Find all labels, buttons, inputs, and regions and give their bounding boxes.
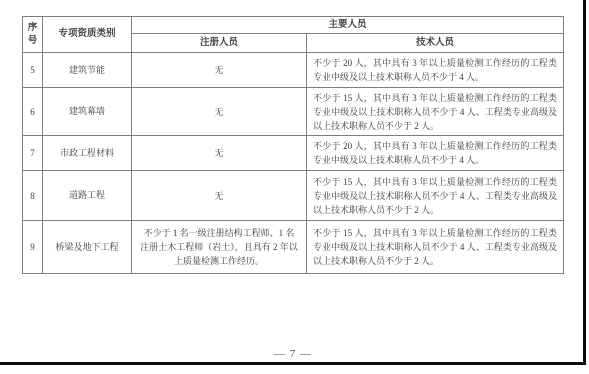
cell-category: 道路工程 — [43, 171, 132, 221]
cell-serial: 9 — [23, 221, 43, 274]
header-cell-main-personnel: 主要人员 — [132, 17, 564, 34]
table-row: 5 建筑节能 无 不少于 20 人，其中具有 3 年以上质量检测工作经历的工程类… — [23, 53, 564, 88]
cell-registered: 无 — [132, 88, 307, 136]
cell-technical: 不少于 15 人，其中具有 3 年以上质量检测工作经历的工程类专业中级及以上技术… — [307, 88, 564, 136]
table-row: 7 市政工程材料 无 不少于 20 人，其中具有 3 年以上质量检测工作经历的工… — [23, 136, 564, 171]
cell-category: 市政工程材料 — [43, 136, 132, 171]
cell-serial: 7 — [23, 136, 43, 171]
header-cell-technical: 技术人员 — [307, 34, 564, 53]
scan-edge-bottom — [0, 362, 586, 365]
header-cell-registered: 注册人员 — [132, 34, 307, 53]
cell-registered: 不少于 1 名一级注册结构工程师、1 名注册土木工程师（岩土），且具有 2 年以… — [132, 221, 307, 274]
header-cell-category: 专项资质类别 — [43, 17, 132, 53]
table-row: 9 桥梁及地下工程 不少于 1 名一级注册结构工程师、1 名注册土木工程师（岩土… — [23, 221, 564, 274]
cell-registered: 无 — [132, 171, 307, 221]
cell-technical: 不少于 20 人，其中具有 3 年以上质量检测工作经历的工程类专业中级及以上技术… — [307, 53, 564, 88]
cell-serial: 8 — [23, 171, 43, 221]
cell-technical: 不少于 15 人，其中具有 3 年以上质量检测工作经历的工程类专业中级及以上技术… — [307, 171, 564, 221]
header-cell-serial: 序号 — [23, 17, 43, 53]
cell-category: 桥梁及地下工程 — [43, 221, 132, 274]
cell-registered: 无 — [132, 136, 307, 171]
cell-registered: 无 — [132, 53, 307, 88]
header-row-main: 序号 专项资质类别 主要人员 — [23, 17, 564, 34]
cell-category: 建筑幕墙 — [43, 88, 132, 136]
scan-edge-right — [583, 0, 586, 365]
cell-serial: 6 — [23, 88, 43, 136]
cell-technical: 不少于 20 人，其中具有 3 年以上质量检测工作经历的工程类专业中级及以上技术… — [307, 136, 564, 171]
qualification-table: 序号 专项资质类别 主要人员 注册人员 技术人员 5 建筑节能 无 不少于 20… — [22, 16, 564, 274]
table-row: 8 道路工程 无 不少于 15 人，其中具有 3 年以上质量检测工作经历的工程类… — [23, 171, 564, 221]
cell-category: 建筑节能 — [43, 53, 132, 88]
table-row: 6 建筑幕墙 无 不少于 15 人，其中具有 3 年以上质量检测工作经历的工程类… — [23, 88, 564, 136]
document-page: 序号 专项资质类别 主要人员 注册人员 技术人员 5 建筑节能 无 不少于 20… — [0, 0, 589, 374]
cell-technical: 不少于 15 人，其中具有 3 年以上质量检测工作经历的工程类专业中级及以上技术… — [307, 221, 564, 274]
cell-serial: 5 — [23, 53, 43, 88]
page-number: — 7 — — [0, 348, 586, 360]
